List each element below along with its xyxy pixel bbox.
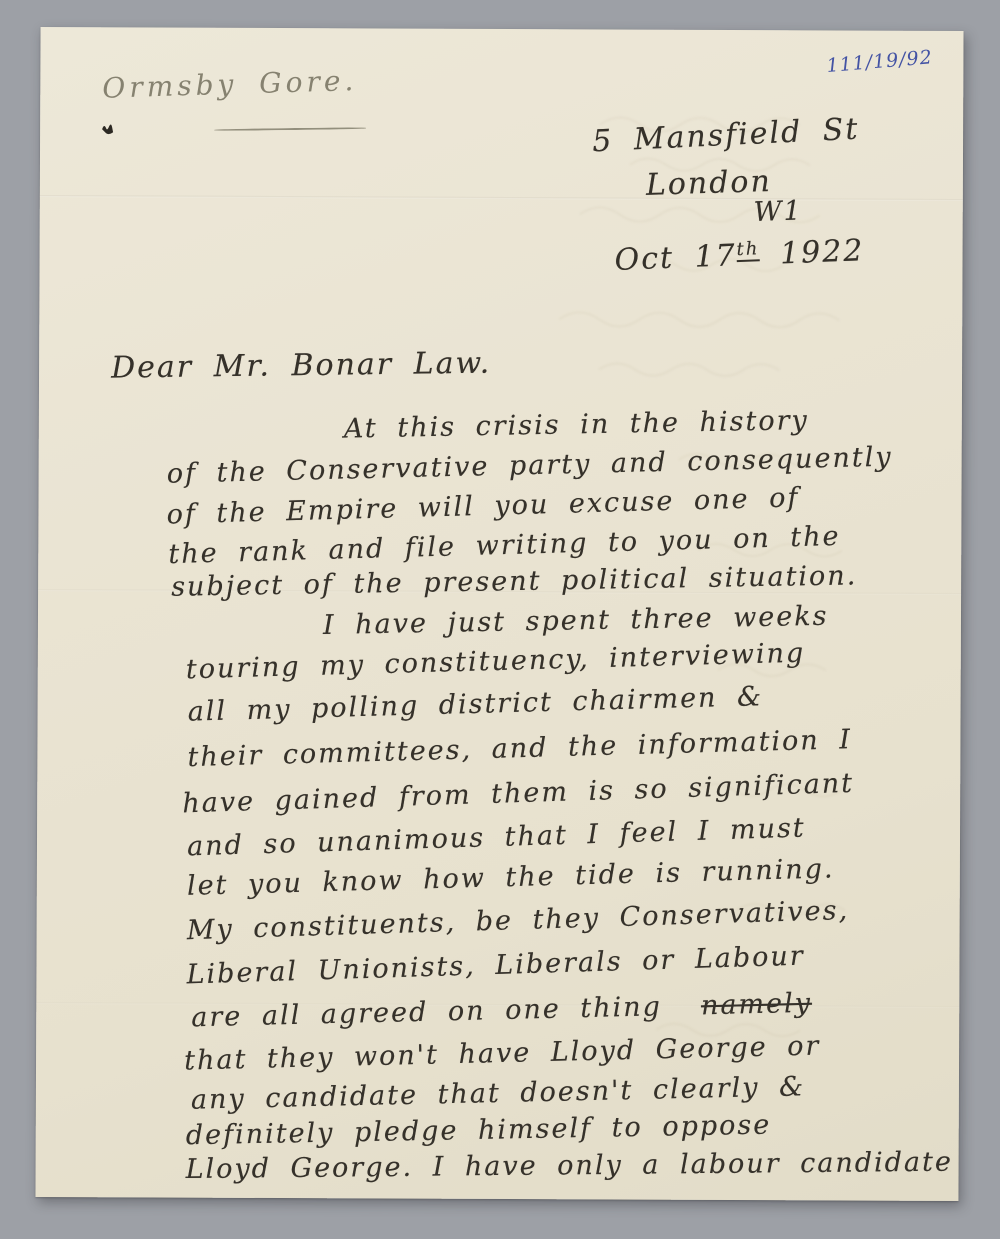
body-line: Lloyd George. I have only a labour candi… (185, 1147, 953, 1185)
body-line: definitely pledge himself to oppose (186, 1110, 772, 1152)
archive-reference-number: 111/19/92 (826, 46, 934, 77)
salutation: Dear Mr. Bonar Law. (111, 346, 491, 386)
body-line: At this crisis in the history (344, 405, 809, 445)
body-line: and so unanimous that I feel I must (187, 813, 806, 863)
letter-page: 111/19/92 Ormsby Gore. 5 Mansfield St Lo… (35, 27, 963, 1201)
body-line: their committees, and the information I (187, 724, 852, 773)
letter-date: Oct 17th 1922 (614, 233, 865, 278)
body-line: that they won't have Lloyd George or (184, 1031, 821, 1077)
body-line-with-strikethrough: are all agreed on one thing namely (191, 988, 812, 1034)
date-year: 1922 (779, 233, 865, 271)
pencil-underline (214, 127, 366, 131)
photograph-of-letter: 111/19/92 Ormsby Gore. 5 Mansfield St Lo… (0, 0, 1000, 1239)
address-line-postal: W1 (753, 195, 803, 227)
body-line: touring my constituency, interviewing (185, 638, 805, 686)
pencil-annotation-name: Ormsby Gore. (102, 64, 358, 105)
body-line: Liberal Unionists, Liberals or Labour (186, 941, 805, 991)
struck-out-word: namely (701, 988, 813, 1022)
body-line: are all agreed on one thing (191, 991, 662, 1033)
ink-blot-mark (100, 119, 118, 137)
address-line-street: 5 Mansfield St (591, 112, 860, 160)
body-line: let you know how the tide is running. (187, 853, 835, 902)
body-line: I have just spent three weeks (323, 601, 829, 641)
body-line: any candidate that doesn't clearly & (191, 1071, 806, 1115)
date-day: Oct 17 (614, 238, 737, 278)
date-ordinal-suffix: th (736, 238, 760, 262)
fold-crease (40, 195, 963, 201)
body-line: My constituents, be they Conservatives, (186, 895, 849, 946)
body-line: of the Empire will you excuse one of (166, 482, 800, 530)
body-line: all my polling district chairmen & (187, 681, 763, 728)
body-line: have gained from them is so significant (182, 768, 855, 820)
